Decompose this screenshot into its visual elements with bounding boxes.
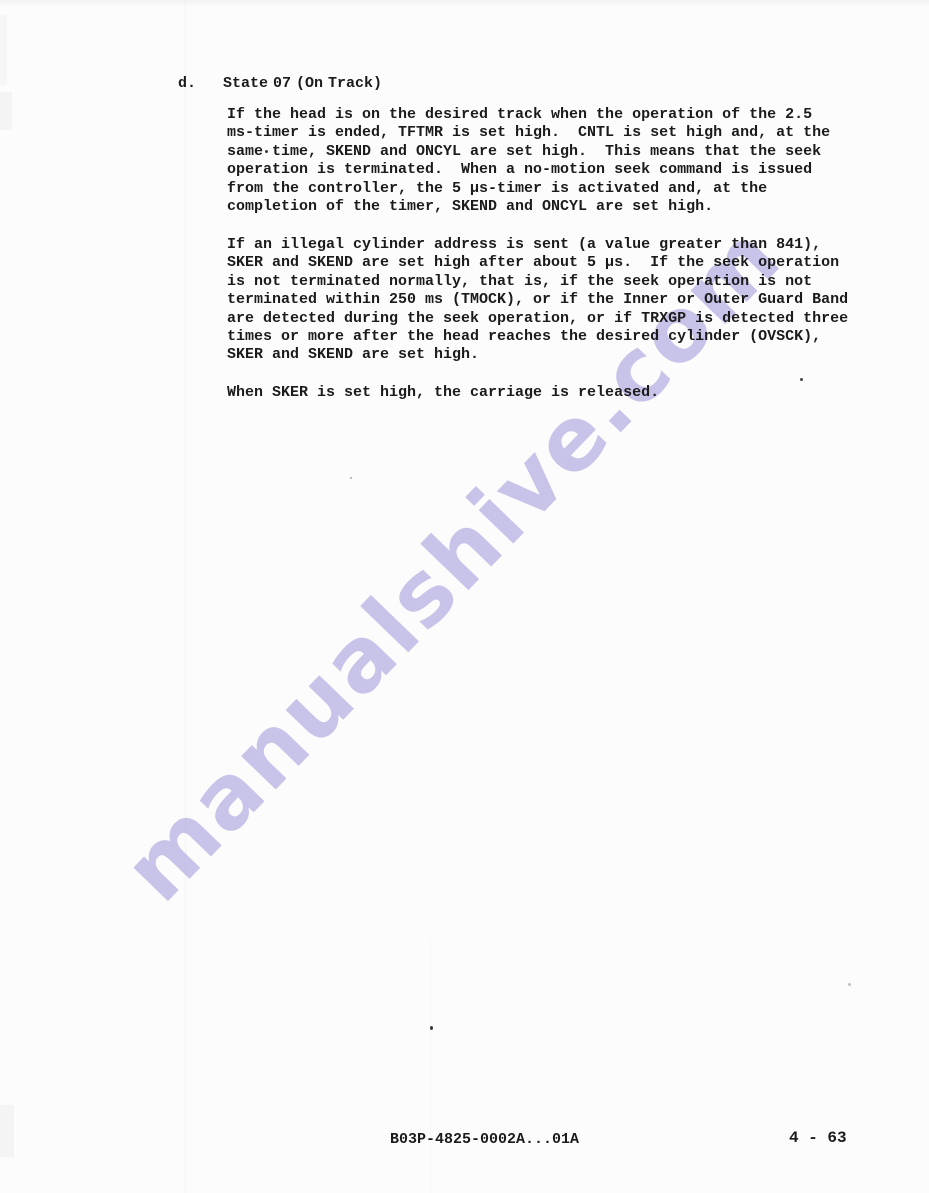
footer-page-number: 4 - 63 <box>789 1129 847 1147</box>
scan-speck <box>430 1026 433 1030</box>
scan-speck <box>265 150 268 153</box>
section-heading-index: d. <box>178 74 196 94</box>
section-heading: d. State 07 (On Track) <box>0 74 54 154</box>
scan-speck <box>848 983 851 986</box>
body-paragraph-2: If an illegal cylinder address is sent (… <box>227 236 848 365</box>
scanned-manual-page: manualshive.com d. State 07 (On Track) I… <box>0 0 929 1193</box>
scan-speck <box>800 378 803 381</box>
section-heading-title: State 07 (On Track) <box>223 74 382 94</box>
page-content: d. State 07 (On Track) If the head is on… <box>0 0 929 1193</box>
body-paragraph-3: When SKER is set high, the carriage is r… <box>227 384 659 402</box>
footer-document-number: B03P-4825-0002A...01A <box>390 1131 579 1148</box>
scan-speck <box>350 477 352 479</box>
body-paragraph-1: If the head is on the desired track when… <box>227 106 830 216</box>
